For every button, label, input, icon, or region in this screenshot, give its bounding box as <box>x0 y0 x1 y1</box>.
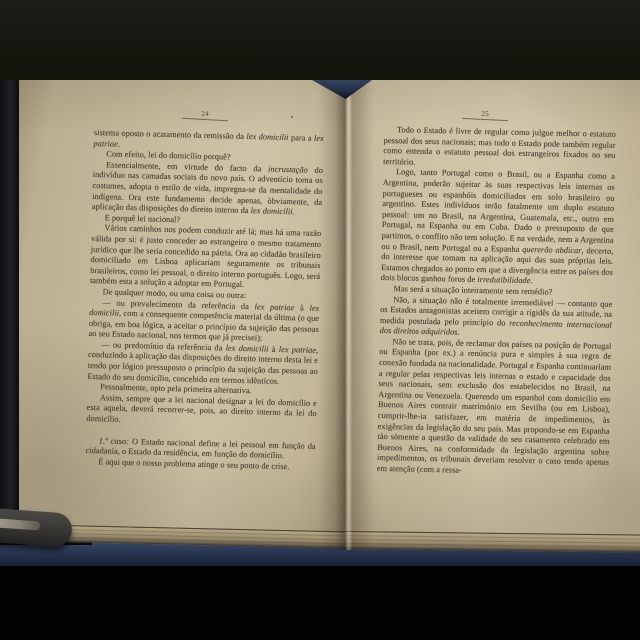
italic-text: irredutibilidade <box>477 275 530 285</box>
body-text: . <box>457 328 459 337</box>
left-page-text: sistema oposto o acatamento da remissão … <box>85 128 324 473</box>
body-text: à <box>269 345 279 354</box>
body-text: à <box>294 303 309 312</box>
ink-speck <box>291 116 293 118</box>
spine-crease-shadow <box>318 80 374 550</box>
italic-text: lex domicilii <box>226 343 269 353</box>
body-text: . <box>118 139 120 148</box>
left-page-folio: 24 <box>182 109 228 120</box>
paragraph: Não, a situação não é totalmente irremed… <box>380 294 613 341</box>
background-bottom <box>0 566 640 640</box>
right-page-number: 25 <box>481 109 489 118</box>
right-page-folio: 25 <box>462 110 508 121</box>
left-page-number: 24 <box>201 109 209 118</box>
body-text: Todo o Estado é livre de regular como ju… <box>383 125 616 166</box>
paragraph: — ou prevalecimento da referência da lex… <box>88 297 319 345</box>
body-text: E porquê lei nacional? <box>105 213 181 224</box>
body-text: . <box>530 276 532 285</box>
right-page-block-edge <box>346 531 640 553</box>
paragraph: Assim, sempre que a lei nacional designa… <box>86 393 317 431</box>
paragraph: Não se trata, pois, de reclamar dos país… <box>377 337 612 480</box>
body-text: , com a consequente competência material… <box>88 309 319 343</box>
background-top <box>0 0 640 80</box>
book-stand-clamp <box>0 508 73 548</box>
italic-text: lex domicilii <box>246 132 288 142</box>
clamp-highlight <box>0 518 40 530</box>
body-text: Vários caminhos nos podem conduzir até l… <box>90 224 322 290</box>
paragraph: Vários caminhos nos podem conduzir até l… <box>90 223 322 293</box>
paragraph: — ou predomínio da referência da lex dom… <box>87 340 318 388</box>
body-text: . <box>293 207 295 216</box>
italic-text: quererão abdicar <box>522 244 582 254</box>
paragraph: Essencialmente, em virtude do facto da i… <box>92 160 323 219</box>
italic-text: lex domicilii <box>251 206 293 216</box>
body-text: Logo, tanto Portugal como o Brasil, ou a… <box>381 168 615 254</box>
right-page-text: Todo o Estado é livre de regular como ju… <box>377 125 616 479</box>
body-text: para a <box>288 133 314 143</box>
italic-text: 1.º caso: <box>99 436 129 446</box>
paragraph: Logo, tanto Portugal como o Brasil, ou a… <box>381 167 615 288</box>
italic-text: lex patriae <box>279 345 317 355</box>
book-cover-edge <box>0 80 19 536</box>
italic-text: lex patriae <box>255 302 295 312</box>
book-photo: 24 25 sistema oposto o acatamento da rem… <box>0 0 640 640</box>
body-text: Não se trata, pois, de reclamar dos país… <box>377 337 612 475</box>
paragraph: Todo o Estado é livre de regular como ju… <box>383 125 616 172</box>
body-text: Assim, sempre que a lei nacional designa… <box>86 393 317 424</box>
italic-text: incrustação <box>268 164 308 174</box>
